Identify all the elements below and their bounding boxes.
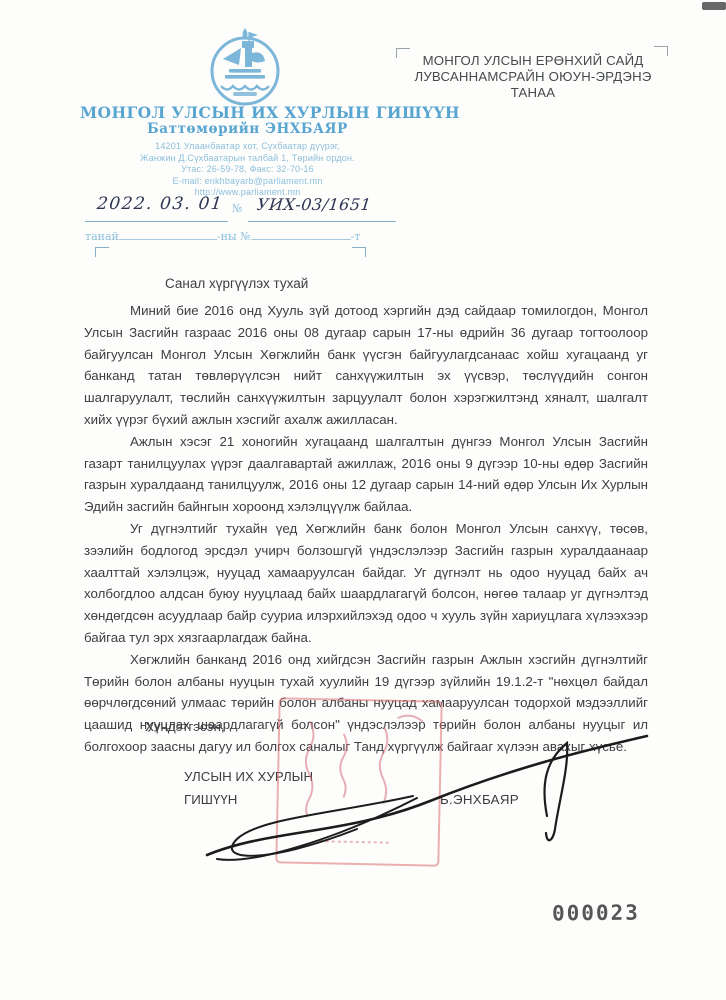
- sheet-number-stamp: 000023: [552, 901, 640, 926]
- address-line-1: 14201 Улаанбаатар хот, Сүхбаатар дүүрэг,: [80, 141, 415, 153]
- paragraph: Уг дүгнэлтийг тухайн үед Хөгжлийн банк б…: [84, 518, 648, 649]
- corner-bracket-icon: [352, 247, 366, 257]
- subject-line: Санал хүргүүлэх тухай: [165, 276, 308, 291]
- corner-bracket-icon: [396, 48, 410, 58]
- member-name: Баттөмөрийн ЭНХБАЯР: [80, 121, 415, 137]
- blank-underline: [251, 228, 351, 240]
- number-underline: [248, 221, 396, 222]
- signature-ink: [195, 723, 650, 873]
- paragraph: Миний бие 2016 онд Хууль зүй дотоод хэрг…: [84, 300, 648, 431]
- incoming-reference-line: танай-ны №-т: [85, 228, 375, 243]
- blank-underline: [119, 228, 217, 240]
- recipient-text: МОНГОЛ УЛСЫН ЕРӨНХИЙ САЙД ЛУВСАННАМСРАЙН…: [396, 53, 670, 101]
- your-ref-suffix: -т: [351, 230, 361, 243]
- your-ref-no-sign: №: [240, 230, 250, 243]
- scan-artifact-mark: [702, 2, 726, 10]
- recipient-line-1: МОНГОЛ УЛСЫН ЕРӨНХИЙ САЙД: [396, 53, 670, 69]
- corner-bracket-icon: [95, 247, 109, 257]
- scanned-letter-page: МОНГОЛ УЛСЫН ИХ ХУРЛЫН ГИШҮҮН Баттөмөрий…: [0, 0, 726, 1000]
- letterhead-address: 14201 Улаанбаатар хот, Сүхбаатар дүүрэг,…: [80, 141, 415, 199]
- your-ref-mid: -ны: [217, 230, 237, 243]
- handwritten-ref-number: УИХ-03/1651: [256, 195, 372, 214]
- handwritten-date: 2022. 03. 01: [96, 194, 224, 214]
- reference-line: 2022. 03. 01 № УИХ-03/1651: [85, 193, 400, 225]
- your-ref-prefix: танай: [85, 230, 119, 243]
- parliament-emblem-icon: [199, 24, 291, 108]
- recipient-line-3: ТАНАА: [396, 85, 670, 101]
- paragraph: Ажлын хэсэг 21 хоногийн хугацаанд шалгал…: [84, 431, 648, 518]
- date-underline: [85, 221, 228, 222]
- letter-body: Миний бие 2016 онд Хууль зүй дотоод хэрг…: [84, 300, 648, 758]
- number-sign: №: [232, 202, 242, 215]
- address-line-2: Жанжин Д.Сүхбаатарын талбай 1, Төрийн ор…: [80, 153, 415, 165]
- email-line: E-mail: enkhbayarb@parliament.mn: [80, 176, 415, 188]
- recipient-block: МОНГОЛ УЛСЫН ЕРӨНХИЙ САЙД ЛУВСАННАМСРАЙН…: [396, 46, 670, 101]
- phone-fax-line: Утас: 26-59-78, Факс: 32-70-16: [80, 164, 415, 176]
- organization-title: МОНГОЛ УЛСЫН ИХ ХУРЛЫН ГИШҮҮН: [80, 103, 415, 122]
- corner-bracket-icon: [654, 46, 668, 56]
- recipient-line-2: ЛУВСАННАМСРАЙН ОЮУН-ЭРДЭНЭ: [396, 69, 670, 85]
